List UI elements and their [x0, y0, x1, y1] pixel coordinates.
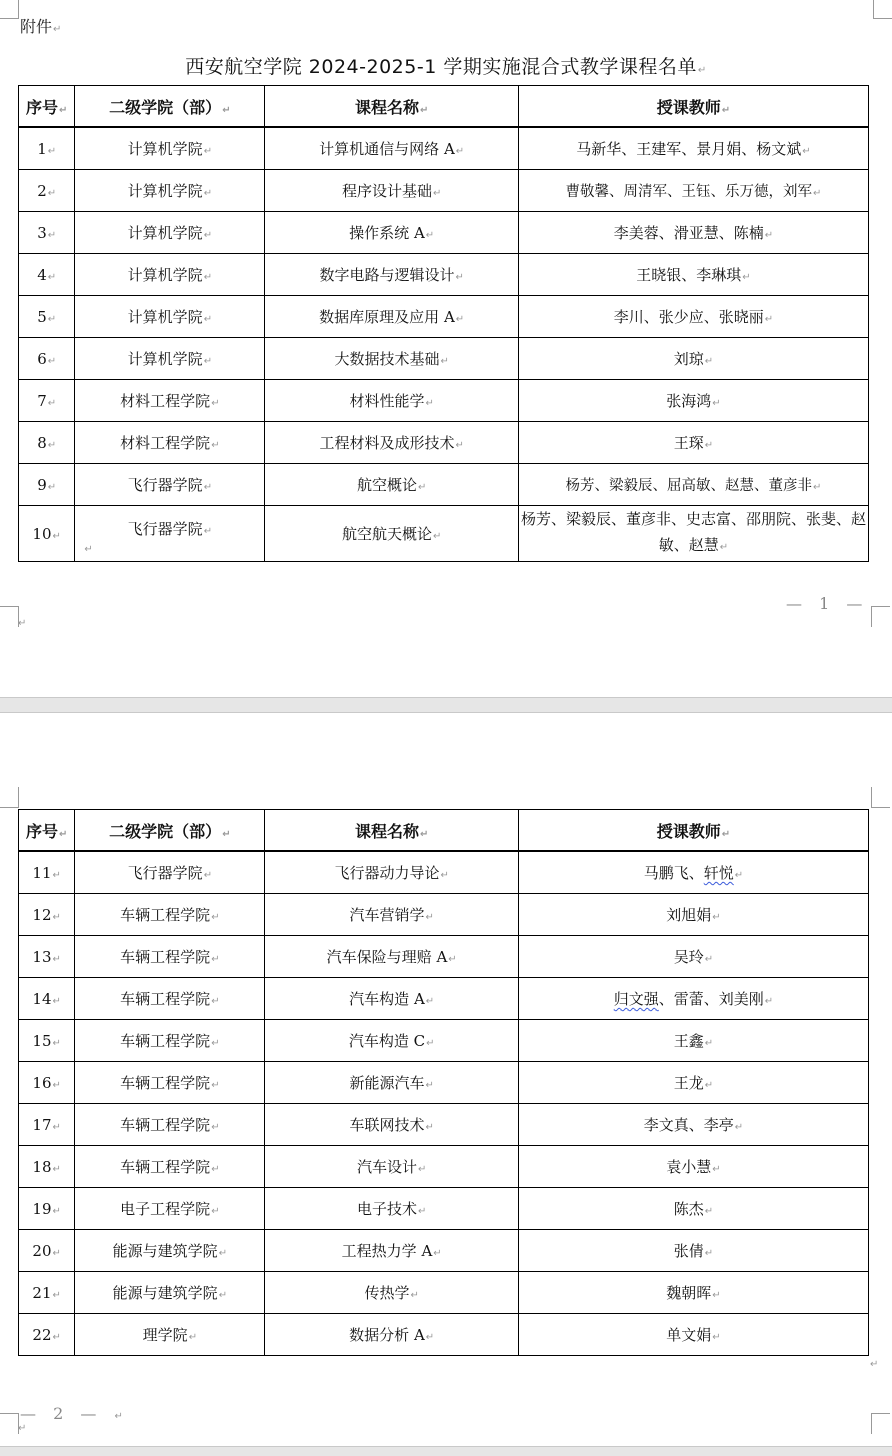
cell-course: 汽车设计↵	[265, 1146, 518, 1188]
cell-index: 20↵	[19, 1230, 75, 1272]
table-row: 5↵ 计算机学院↵ 数据库原理及应用 A↵ 李川、张少应、张晓丽↵	[19, 296, 869, 338]
page-number-2: — 2 — ↵	[20, 1404, 129, 1423]
cell-teachers: 张倩↵	[518, 1230, 868, 1272]
cell-course: 材料性能学↵	[265, 380, 518, 422]
cell-college: 飞行器学院↵	[75, 851, 265, 894]
cell-teachers: 李川、张少应、张晓丽↵	[518, 296, 868, 338]
table-row: 7↵ 材料工程学院↵ 材料性能学↵ 张海鸿↵	[19, 380, 869, 422]
cell-course: 传热学↵	[265, 1272, 518, 1314]
cell-teachers: 王琛↵	[518, 422, 868, 464]
cell-index: 13↵	[19, 936, 75, 978]
course-table-page-1: 序号↵ 二级学院（部）↵ 课程名称↵ 授课教师↵ 1↵ 计算机学院↵ 计算机通信…	[18, 85, 869, 562]
table-header-row: 序号↵ 二级学院（部）↵ 课程名称↵ 授课教师↵	[19, 86, 869, 128]
table-row: 10↵ 飞行器学院↵↵ 航空航天概论↵ 杨芳、梁毅辰、董彦非、史志富、邵朋院、张…	[19, 506, 869, 562]
cell-teachers: 李文真、李亭↵	[518, 1104, 868, 1146]
cell-course: 计算机通信与网络 A↵	[265, 127, 518, 170]
spellcheck-flagged-name[interactable]: 归文强	[614, 990, 659, 1008]
page-separator	[0, 697, 892, 713]
cell-college: 车辆工程学院↵	[75, 1062, 265, 1104]
cell-course: 数字电路与逻辑设计↵	[265, 254, 518, 296]
cell-college: 车辆工程学院↵	[75, 1104, 265, 1146]
crop-mark-top-left	[0, 787, 19, 808]
cell-teachers: 归文强、雷蕾、刘美刚↵	[518, 978, 868, 1020]
header-teachers: 授课教师↵	[518, 810, 868, 852]
crop-mark-top-left	[0, 0, 19, 19]
cell-course: 操作系统 A↵	[265, 212, 518, 254]
attachment-label: 附件↵	[20, 14, 61, 37]
header-course: 课程名称↵	[265, 86, 518, 128]
header-index: 序号↵	[19, 86, 75, 128]
cell-teachers: 单文娟↵	[518, 1314, 868, 1356]
cell-teachers: 马鹏飞、轩悦↵	[518, 851, 868, 894]
table-row: 14↵ 车辆工程学院↵ 汽车构造 A↵ 归文强、雷蕾、刘美刚↵	[19, 978, 869, 1020]
table-row: 4↵ 计算机学院↵ 数字电路与逻辑设计↵ 王晓银、李琳琪↵	[19, 254, 869, 296]
cell-index: 19↵	[19, 1188, 75, 1230]
cell-teachers: 吴玲↵	[518, 936, 868, 978]
cell-college: 计算机学院↵	[75, 254, 265, 296]
crop-mark-bottom-left	[0, 1413, 19, 1434]
table-row: 1↵ 计算机学院↵ 计算机通信与网络 A↵ 马新华、王建军、景月娟、杨文斌↵	[19, 127, 869, 170]
cell-index: 2↵	[19, 170, 75, 212]
table-header-row: 序号↵ 二级学院（部）↵ 课程名称↵ 授课教师↵	[19, 810, 869, 852]
cell-college: 车辆工程学院↵	[75, 1146, 265, 1188]
cell-index: 7↵	[19, 380, 75, 422]
cell-index: 1↵	[19, 127, 75, 170]
cell-course: 数据分析 A↵	[265, 1314, 518, 1356]
cell-college: 能源与建筑学院↵	[75, 1272, 265, 1314]
cell-college: 计算机学院↵	[75, 127, 265, 170]
table-row: 17↵ 车辆工程学院↵ 车联网技术↵ 李文真、李亭↵	[19, 1104, 869, 1146]
cell-index: 5↵	[19, 296, 75, 338]
cell-teachers: 李美蓉、滑亚慧、陈楠↵	[518, 212, 868, 254]
cell-course: 数据库原理及应用 A↵	[265, 296, 518, 338]
document-title: 西安航空学院 2024-2025-1 学期实施混合式教学课程名单↵	[0, 52, 892, 79]
crop-mark-bottom-left	[0, 606, 19, 627]
cell-course: 航空概论↵	[265, 464, 518, 506]
table-row: 20↵ 能源与建筑学院↵ 工程热力学 A↵ 张倩↵	[19, 1230, 869, 1272]
cell-course: 工程材料及成形技术↵	[265, 422, 518, 464]
cell-index: 4↵	[19, 254, 75, 296]
cell-index: 12↵	[19, 894, 75, 936]
table-row: 13↵ 车辆工程学院↵ 汽车保险与理赔 A↵ 吴玲↵	[19, 936, 869, 978]
table-row: 18↵ 车辆工程学院↵ 汽车设计↵ 袁小慧↵	[19, 1146, 869, 1188]
cell-college: 电子工程学院↵	[75, 1188, 265, 1230]
table-row: 15↵ 车辆工程学院↵ 汽车构造 C↵ 王鑫↵	[19, 1020, 869, 1062]
cell-college: 飞行器学院↵↵	[75, 506, 265, 562]
course-table-page-2: 序号↵ 二级学院（部）↵ 课程名称↵ 授课教师↵ 11↵ 飞行器学院↵ 飞行器动…	[18, 809, 869, 1356]
cell-teachers: 袁小慧↵	[518, 1146, 868, 1188]
cell-college: 计算机学院↵	[75, 338, 265, 380]
header-teachers: 授课教师↵	[518, 86, 868, 128]
table-row: 2↵ 计算机学院↵ 程序设计基础↵ 曹敬馨、周清军、王钰、乐万德，刘军↵	[19, 170, 869, 212]
cell-college: 车辆工程学院↵	[75, 936, 265, 978]
cell-college: 能源与建筑学院↵	[75, 1230, 265, 1272]
cell-college: 车辆工程学院↵	[75, 894, 265, 936]
cell-course: 汽车营销学↵	[265, 894, 518, 936]
spellcheck-flagged-name[interactable]: 轩悦	[704, 864, 734, 882]
cell-teachers: 魏朝晖↵	[518, 1272, 868, 1314]
page-separator-bottom	[0, 1446, 892, 1456]
cell-index: 22↵	[19, 1314, 75, 1356]
crop-mark-top-right	[873, 0, 892, 19]
crop-mark-bottom-right	[871, 1413, 890, 1434]
cell-teachers: 王鑫↵	[518, 1020, 868, 1062]
cell-college: 理学院↵	[75, 1314, 265, 1356]
cell-teachers: 陈杰↵	[518, 1188, 868, 1230]
document-page-2: 序号↵ 二级学院（部）↵ 课程名称↵ 授课教师↵ 11↵ 飞行器学院↵ 飞行器动…	[0, 713, 892, 1456]
cell-college: 飞行器学院↵	[75, 464, 265, 506]
cell-teachers: 张海鸿↵	[518, 380, 868, 422]
cell-course: 汽车构造 C↵	[265, 1020, 518, 1062]
cell-course: 电子技术↵	[265, 1188, 518, 1230]
table-row: 9↵ 飞行器学院↵ 航空概论↵ 杨芳、梁毅辰、屈高敏、赵慧、董彦非↵	[19, 464, 869, 506]
header-index: 序号↵	[19, 810, 75, 852]
table-row: 22↵ 理学院↵ 数据分析 A↵ 单文娟↵	[19, 1314, 869, 1356]
cell-index: 8↵	[19, 422, 75, 464]
cell-index: 6↵	[19, 338, 75, 380]
table-row: 6↵ 计算机学院↵ 大数据技术基础↵ 刘琼↵	[19, 338, 869, 380]
cell-teachers: 杨芳、梁毅辰、董彦非、史志富、邵朋院、张斐、赵敏、赵慧↵	[518, 506, 868, 562]
cell-teachers: 刘旭娟↵	[518, 894, 868, 936]
header-course: 课程名称↵	[265, 810, 518, 852]
page-number-1: — 1 —	[786, 594, 868, 613]
cell-index: 3↵	[19, 212, 75, 254]
cell-teachers: 王龙↵	[518, 1062, 868, 1104]
cell-course: 新能源汽车↵	[265, 1062, 518, 1104]
header-college: 二级学院（部）↵	[75, 810, 265, 852]
cell-teachers: 王晓银、李琳琪↵	[518, 254, 868, 296]
table-row: 21↵ 能源与建筑学院↵ 传热学↵ 魏朝晖↵	[19, 1272, 869, 1314]
table-row: 3↵ 计算机学院↵ 操作系统 A↵ 李美蓉、滑亚慧、陈楠↵	[19, 212, 869, 254]
cell-index: 21↵	[19, 1272, 75, 1314]
cell-course: 汽车构造 A↵	[265, 978, 518, 1020]
cell-course: 工程热力学 A↵	[265, 1230, 518, 1272]
cell-index: 18↵	[19, 1146, 75, 1188]
cell-teachers: 杨芳、梁毅辰、屈高敏、赵慧、董彦非↵	[518, 464, 868, 506]
cell-college: 车辆工程学院↵	[75, 1020, 265, 1062]
cell-course: 大数据技术基础↵	[265, 338, 518, 380]
crop-mark-bottom-right	[871, 606, 890, 627]
cell-course: 飞行器动力导论↵	[265, 851, 518, 894]
crop-mark-top-right	[871, 787, 890, 808]
table-row: 12↵ 车辆工程学院↵ 汽车营销学↵ 刘旭娟↵	[19, 894, 869, 936]
cell-index: 14↵	[19, 978, 75, 1020]
cell-course: 车联网技术↵	[265, 1104, 518, 1146]
cell-college: 计算机学院↵	[75, 212, 265, 254]
cell-course: 航空航天概论↵	[265, 506, 518, 562]
cell-college: 材料工程学院↵	[75, 422, 265, 464]
cell-course: 程序设计基础↵	[265, 170, 518, 212]
table-row: 11↵ 飞行器学院↵ 飞行器动力导论↵ 马鹏飞、轩悦↵	[19, 851, 869, 894]
header-college: 二级学院（部）↵	[75, 86, 265, 128]
cell-index: 15↵	[19, 1020, 75, 1062]
cell-teachers: 曹敬馨、周清军、王钰、乐万德，刘军↵	[518, 170, 868, 212]
cell-teachers: 刘琼↵	[518, 338, 868, 380]
table-row: 19↵ 电子工程学院↵ 电子技术↵ 陈杰↵	[19, 1188, 869, 1230]
cell-index: 16↵	[19, 1062, 75, 1104]
cell-college: 计算机学院↵	[75, 170, 265, 212]
table-row: 16↵ 车辆工程学院↵ 新能源汽车↵ 王龙↵	[19, 1062, 869, 1104]
table-row: 8↵ 材料工程学院↵ 工程材料及成形技术↵ 王琛↵	[19, 422, 869, 464]
cell-college: 车辆工程学院↵	[75, 978, 265, 1020]
cell-index: 10↵	[19, 506, 75, 562]
cell-teachers: 马新华、王建军、景月娟、杨文斌↵	[518, 127, 868, 170]
cell-college: 计算机学院↵	[75, 296, 265, 338]
cell-college: 材料工程学院↵	[75, 380, 265, 422]
document-page-1: 附件↵ 西安航空学院 2024-2025-1 学期实施混合式教学课程名单↵ 序号…	[0, 0, 892, 697]
cell-index: 17↵	[19, 1104, 75, 1146]
cell-index: 9↵	[19, 464, 75, 506]
cell-course: 汽车保险与理赔 A↵	[265, 936, 518, 978]
cell-index: 11↵	[19, 851, 75, 894]
